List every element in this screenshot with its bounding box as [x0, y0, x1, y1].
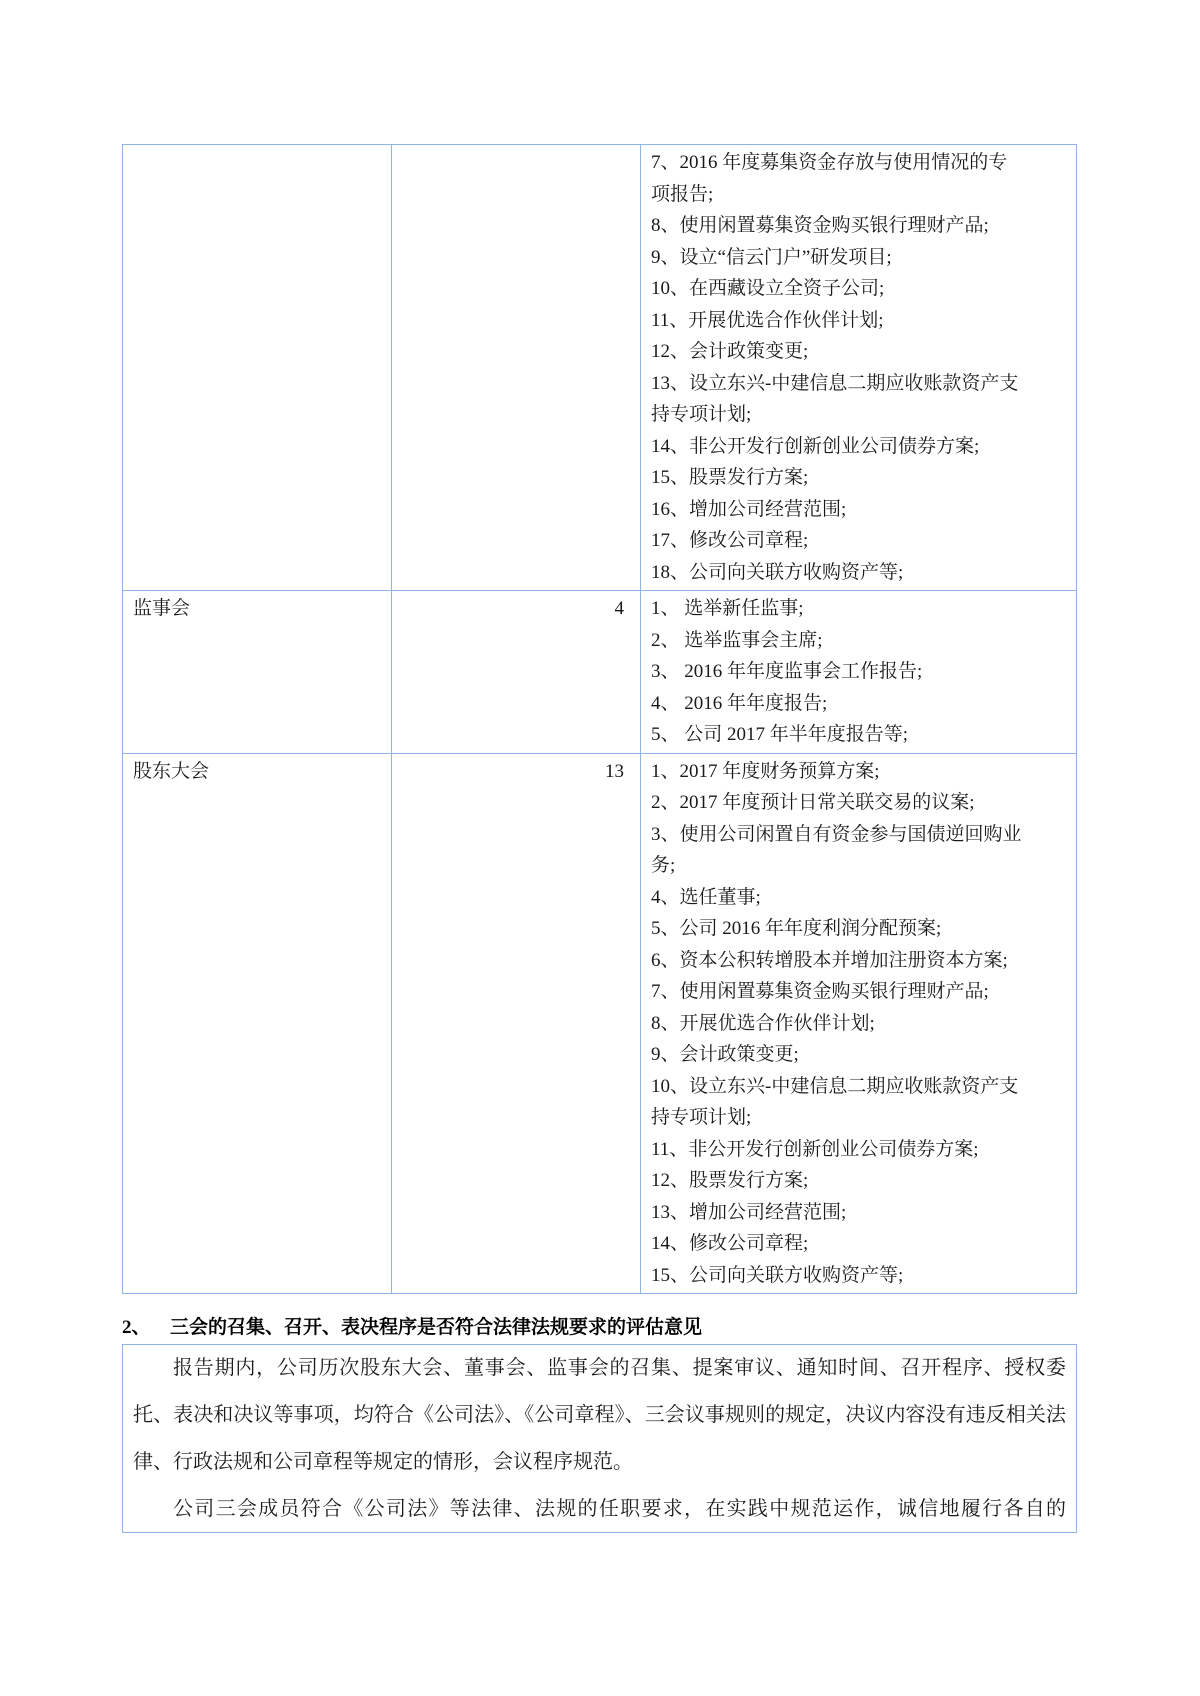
- table-row: 监事会 4 1、 选举新任监事; 2、 选举监事会主席; 3、 2016 年年度…: [123, 591, 1077, 754]
- section-number: 2、: [122, 1312, 170, 1339]
- meeting-items-cell: 1、 选举新任监事; 2、 选举监事会主席; 3、 2016 年年度监事会工作报…: [641, 591, 1077, 754]
- section-title: 三会的召集、召开、表决程序是否符合法律法规要求的评估意见: [170, 1312, 702, 1339]
- table-row: 股东大会 13 1、2017 年度财务预算方案; 2、2017 年度预计日常关联…: [123, 753, 1077, 1294]
- section-heading: 2、 三会的召集、召开、表决程序是否符合法律法规要求的评估意见: [122, 1312, 1077, 1339]
- evaluation-paragraph: 公司三会成员符合《公司法》等法律、法规的任职要求，在实践中规范运作，诚信地履行各…: [123, 1486, 1076, 1533]
- evaluation-text-block: 报告期内，公司历次股东大会、董事会、监事会的召集、提案审议、通知时间、召开程序、…: [122, 1344, 1077, 1533]
- meeting-name-cell: 股东大会: [123, 753, 392, 1294]
- meeting-count-cell: 13: [392, 753, 641, 1294]
- meeting-items-cell: 1、2017 年度财务预算方案; 2、2017 年度预计日常关联交易的议案; 3…: [641, 753, 1077, 1294]
- meetings-table-container: 7、2016 年度募集资金存放与使用情况的专 项报告; 8、使用闲置募集资金购买…: [122, 144, 1077, 1294]
- meeting-count-cell: 4: [392, 591, 641, 754]
- table-row: 7、2016 年度募集资金存放与使用情况的专 项报告; 8、使用闲置募集资金购买…: [123, 145, 1077, 591]
- meeting-items-cell: 7、2016 年度募集资金存放与使用情况的专 项报告; 8、使用闲置募集资金购买…: [641, 145, 1077, 591]
- meeting-count-cell: [392, 145, 641, 591]
- document-page: 7、2016 年度募集资金存放与使用情况的专 项报告; 8、使用闲置募集资金购买…: [0, 0, 1200, 1696]
- meetings-table: 7、2016 年度募集资金存放与使用情况的专 项报告; 8、使用闲置募集资金购买…: [122, 144, 1077, 1294]
- evaluation-paragraph: 报告期内，公司历次股东大会、董事会、监事会的召集、提案审议、通知时间、召开程序、…: [123, 1345, 1076, 1486]
- meeting-name-cell: 监事会: [123, 591, 392, 754]
- meeting-name-cell: [123, 145, 392, 591]
